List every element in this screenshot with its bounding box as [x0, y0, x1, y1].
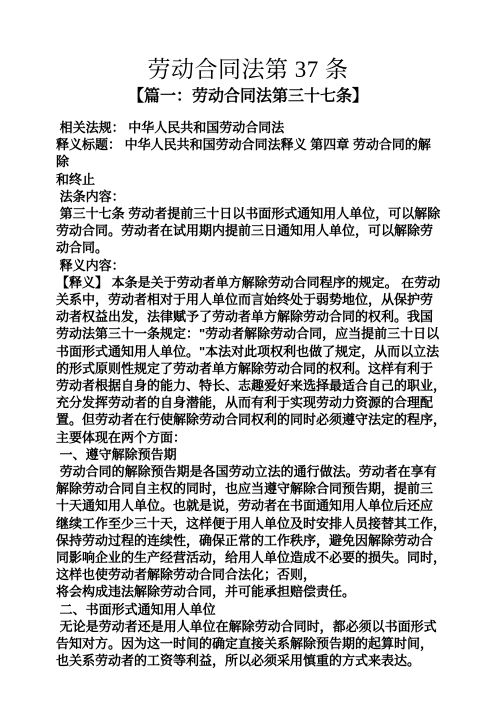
body-line: 动合同。	[56, 239, 448, 256]
body-line: 【释义】 本条是关于劳动者单方解除劳动合同程序的规定。 在劳动	[56, 274, 448, 291]
document-body: 相关法规： 中华人民共和国劳动合同法 释义标题： 中华人民共和国劳动合同法释义 …	[56, 119, 448, 670]
body-line: 继续工作至少三十天，这样便于用人单位及时安排人员接替其工作，	[56, 515, 448, 532]
document-page: 劳动合同法第 37 条 【篇一：劳动合同法第三十七条】 相关法规： 中华人民共和…	[0, 0, 496, 702]
body-line: 除	[56, 153, 448, 170]
body-line: 将会构成违法解除劳动合同，并可能承担赔偿责任。	[56, 583, 448, 600]
body-line: 主要体现在两个方面：	[56, 429, 448, 446]
body-line: 第三十七条 劳动者提前三十日以书面形式通知用人单位，可以解除	[56, 205, 448, 222]
document-title: 劳动合同法第 37 条	[0, 56, 496, 83]
body-line: 充分发挥劳动者的自身潜能，从而有利于实现劳动力资源的合理配	[56, 394, 448, 411]
body-line: 书面形式通知用人单位。"本法对此项权利也做了规定，从而以立法	[56, 343, 448, 360]
body-line: 十天通知用人单位。也就是说，劳动者在书面通知用人单位后还应	[56, 497, 448, 514]
body-line: 保持劳动过程的连续性，确保正常的工作秩序，避免因解除劳动合	[56, 532, 448, 549]
body-line: 法条内容：	[56, 188, 448, 205]
body-line: 和终止	[56, 171, 448, 188]
body-line: 劳动合同的解除预告期是各国劳动立法的通行做法。劳动者在享有	[56, 463, 448, 480]
body-line: 关系中，劳动者相对于用人单位而言始终处于弱势地位，从保护劳	[56, 291, 448, 308]
body-line: 同影响企业的生产经营活动，给用人单位造成不必要的损失。同时，	[56, 549, 448, 566]
body-line: 释义标题： 中华人民共和国劳动合同法释义 第四章 劳动合同的解	[56, 136, 448, 153]
body-line: 劳动合同。劳动者在试用期内提前三日通知用人单位，可以解除劳	[56, 222, 448, 239]
body-line: 也关系劳动者的工资等利益，所以必须采用慎重的方式来表达。	[56, 652, 448, 669]
body-line: 的形式原则性规定了劳动者单方解除劳动合同的权利。这样有利于	[56, 360, 448, 377]
body-line: 告知对方。因为这一时间的确定直接关系解除预告期的起算时间，	[56, 635, 448, 652]
body-line: 动者权益出发，法律赋予了劳动者单方解除劳动合同的权利。我国	[56, 308, 448, 325]
body-line: 无论是劳动者还是用人单位在解除劳动合同时，都必须以书面形式	[56, 618, 448, 635]
body-line: 劳动者根据自身的能力、特长、志趣爱好来选择最适合自己的职业，	[56, 377, 448, 394]
body-line: 相关法规： 中华人民共和国劳动合同法	[56, 119, 448, 136]
body-line: 释义内容：	[56, 257, 448, 274]
body-line: 劳动法第三十一条规定："劳动者解除劳动合同，应当提前三十日以	[56, 325, 448, 342]
document-subtitle: 【篇一：劳动合同法第三十七条】	[0, 87, 496, 107]
body-line: 解除劳动合同自主权的同时，也应当遵守解除合同预告期，提前三	[56, 480, 448, 497]
body-line: 一、遵守解除预告期	[56, 446, 448, 463]
body-line: 二、书面形式通知用人单位	[56, 601, 448, 618]
body-line: 置。但劳动者在行使解除劳动合同权利的同时必须遵守法定的程序，	[56, 411, 448, 428]
body-line: 这样也使劳动者解除劳动合同合法化；否则，	[56, 566, 448, 583]
